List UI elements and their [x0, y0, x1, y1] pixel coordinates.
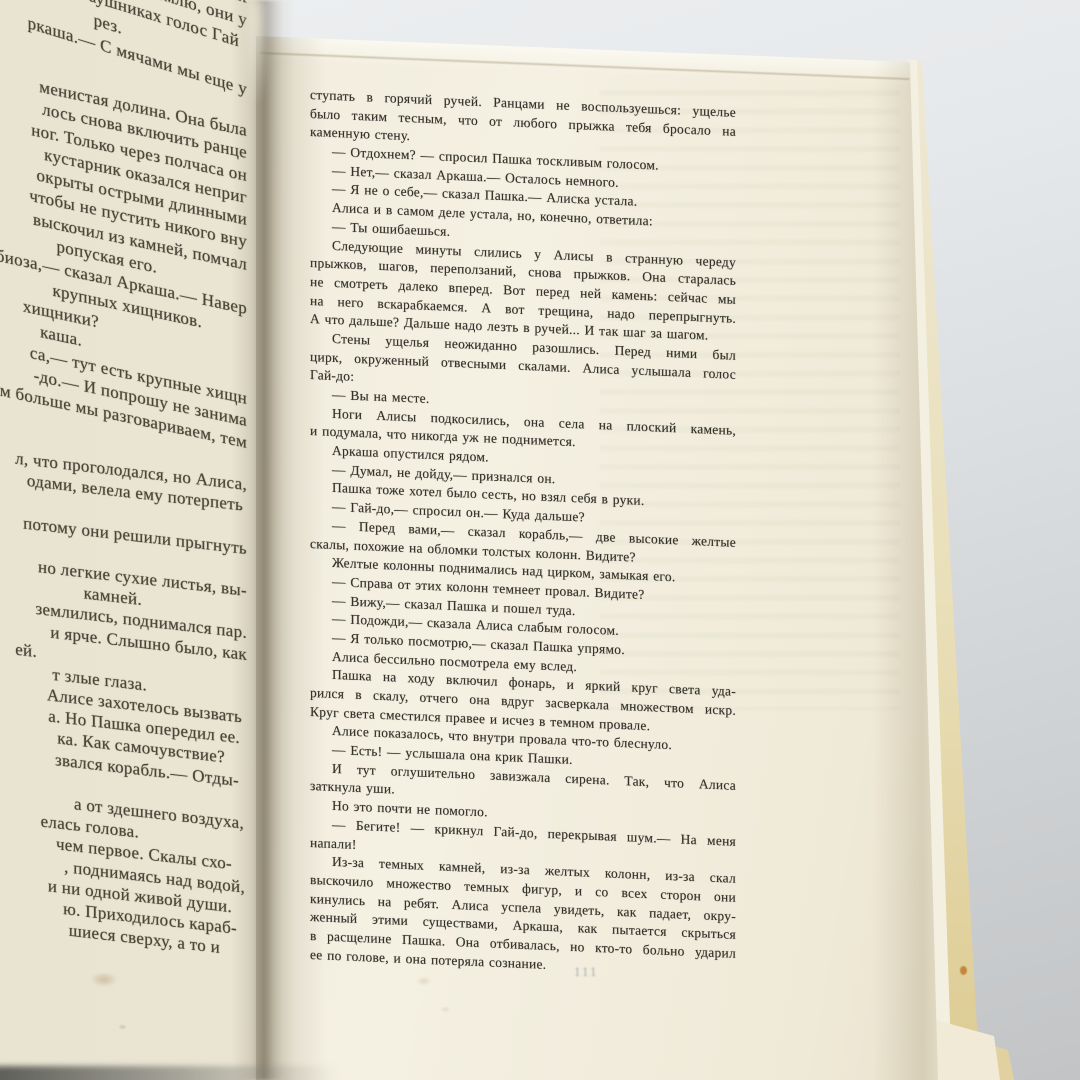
page-top-edge-highlight: [249, 34, 920, 87]
left-page-text-lower: л, что проголодался, но Алиса,одами, вел…: [0, 425, 247, 962]
spine-top-highlight: [243, 0, 271, 110]
page-stain: [118, 1024, 127, 1030]
page-stain: [90, 972, 118, 987]
page-stain: [440, 1006, 451, 1013]
table-shadow: [0, 1066, 339, 1080]
book-gutter-shadow: [232, 0, 294, 1080]
left-page-text-upper: менистая долина. Она былалось снова вклю…: [0, 28, 247, 455]
page-edge-stain: [960, 966, 967, 975]
page-stain: [416, 976, 432, 986]
open-book-photo: на нихземлю, они уаушниках голос Гайрез.…: [0, 0, 1080, 1080]
page-number-faint: 111: [574, 964, 599, 980]
right-page-text: ступать в горячий ручей. Ранцами не восп…: [310, 86, 736, 982]
